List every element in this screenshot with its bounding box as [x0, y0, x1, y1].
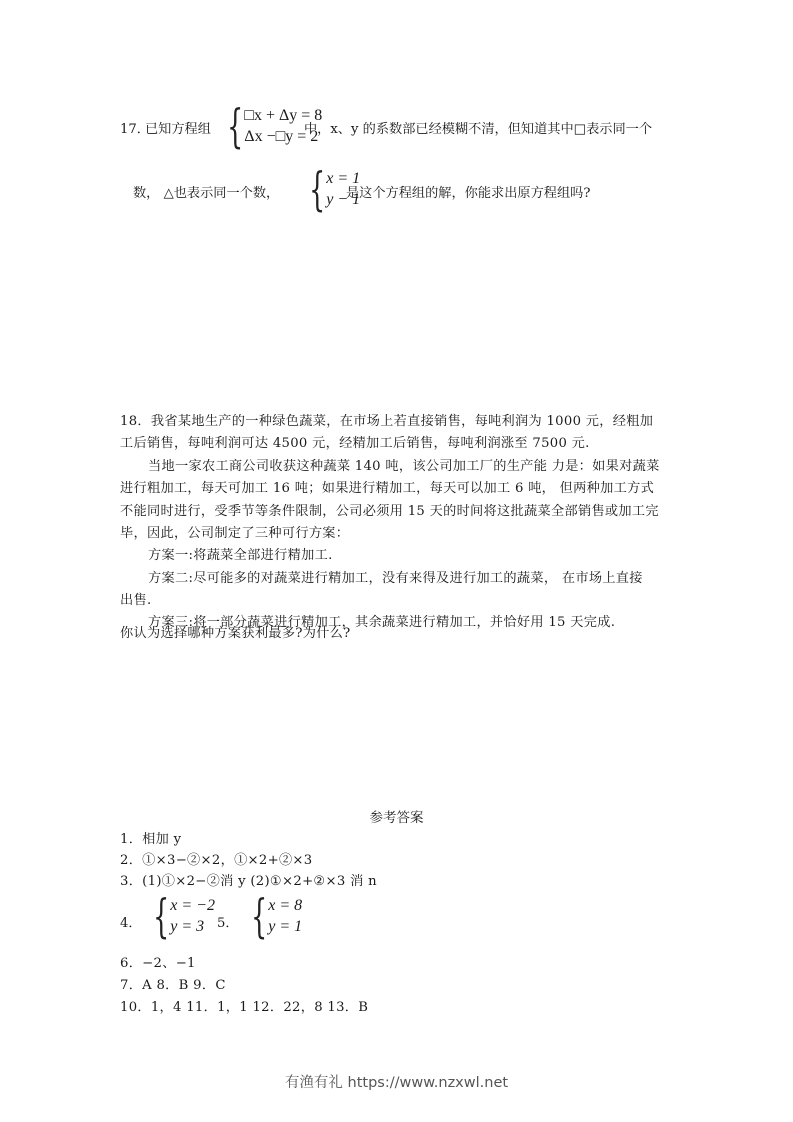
q17-line1-tail: 中，x、y 的系数部已经模糊不清，但知道其中□表示同一个 — [304, 118, 652, 137]
answer-10-13: 10．1，4 11．1，1 12．22，8 13．B — [120, 996, 368, 1015]
answer-5-x: x = 8 — [268, 895, 302, 916]
q18-line: 不能同时进行，受季节等条件限制，公司必须用 15 天的时间将这批蔬菜全部销售或加… — [120, 500, 659, 519]
brace-icon: { — [309, 169, 325, 209]
q18-line: 毕，因此，公司制定了三种可行方案： — [120, 522, 349, 541]
q17-line2-head: 数， △也表示同一个数， — [133, 182, 279, 201]
brace-icon: { — [227, 106, 243, 146]
brace-icon: { — [153, 896, 169, 936]
watermark-footer: 有渔有礼 https://www.nzxwl.net — [0, 1071, 793, 1092]
q18-line: 工后销售，每吨利润可达 4500 元，经精加工后销售，每吨利润涨至 7500 元… — [120, 432, 590, 451]
answer-6: 6．−2、−1 — [120, 952, 196, 971]
answer-3: 3．(1)①×2−②消 y (2)①×2+②×3 消 n — [120, 870, 377, 889]
q17-lead: 已知方程组 — [145, 118, 211, 137]
q18-plan-2: 方案二:尽可能多的对蔬菜进行精加工，没有来得及进行加工的蔬菜， 在市场上直接 — [148, 567, 643, 586]
q18-line: 当地一家农工商公司收获这种蔬菜 140 吨，该公司加工厂的生产能 力是：如果对蔬… — [148, 455, 660, 474]
brace-icon: { — [251, 896, 267, 936]
answer-1: 1．相加 y — [120, 828, 181, 847]
answer-4-label: 4． — [120, 912, 142, 931]
q18-line: 进行粗加工，每天可加工 16 吨；如果进行精加工，每天可以加工 6 吨， 但两种… — [120, 477, 654, 496]
q18-plan-1: 方案一:将蔬菜全部进行精加工. — [148, 544, 333, 563]
answer-4-y: y = 3 — [170, 916, 215, 937]
answer-4-x: x = −2 — [170, 895, 215, 916]
answer-5-system: { x = 8 y = 1 — [238, 895, 302, 937]
answer-4-system: { x = −2 y = 3 — [140, 895, 215, 937]
answer-7-9: 7．A 8．B 9．C — [120, 974, 226, 993]
q18-question: 你认为选择哪种方案获利最多?为什么? — [120, 622, 351, 641]
q18-line: 出售. — [120, 589, 151, 608]
answer-5-y: y = 1 — [268, 916, 302, 937]
q17-line2-tail: 是这个方程组的解，你能求出原方程组吗? — [346, 182, 590, 201]
answer-5-label: 5． — [217, 912, 239, 931]
q18-line: 18．我省某地生产的一种绿色蔬菜，在市场上若直接销售，每吨利润为 1000 元，… — [120, 410, 653, 429]
answer-2: 2．①×3−②×2，①×2+②×3 — [120, 849, 312, 868]
answers-title: 参考答案 — [0, 806, 793, 826]
